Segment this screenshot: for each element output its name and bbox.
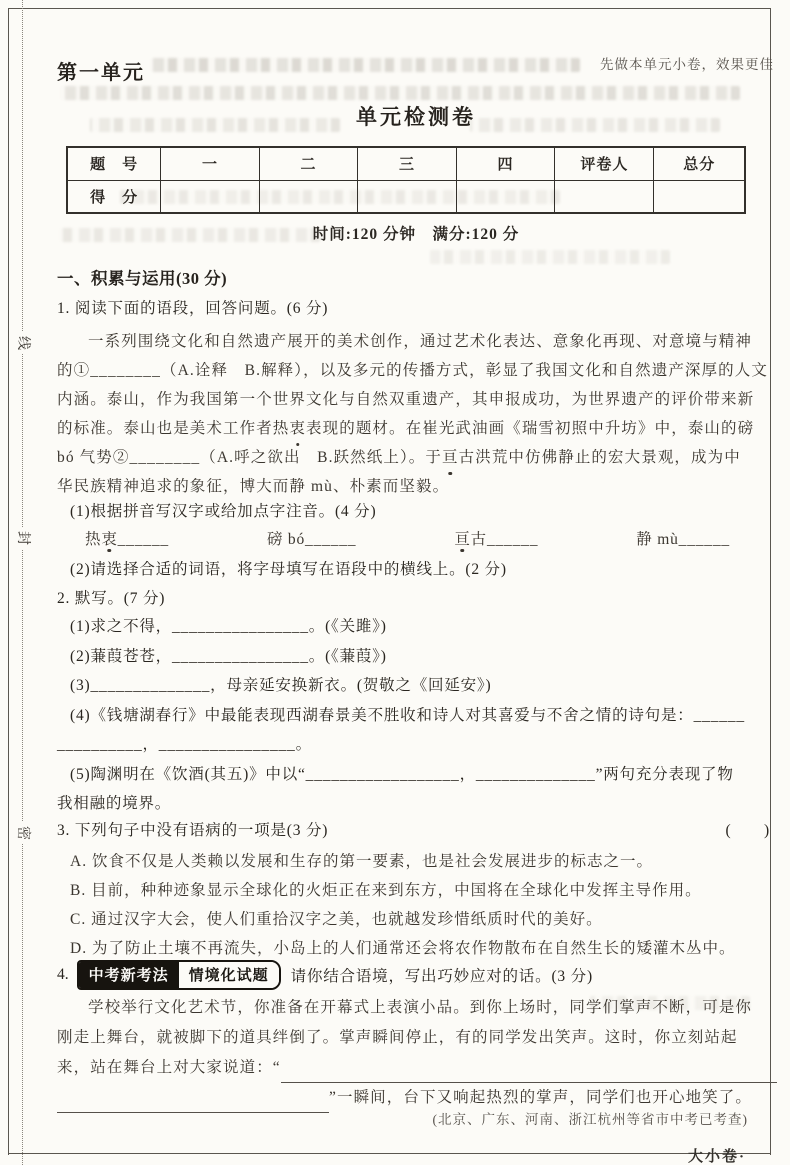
score-header-question: 题 号 xyxy=(67,147,161,180)
score-cell-empty xyxy=(654,180,745,213)
q3-answer-bracket: ( ) xyxy=(725,818,770,840)
pinyin-text: 热 xyxy=(85,531,101,548)
emphasized-char: 亘 xyxy=(454,527,470,549)
score-cell-empty xyxy=(358,180,457,213)
q2-dictation-block: (1)求之不得，________________。(《关雎》) (2)蒹葭苍苍，… xyxy=(57,612,777,819)
q3-options: A. 饮食不仅是人类赖以发展和生存的第一要素，也是社会发展进步的标志之一。 B.… xyxy=(70,847,780,963)
pinyin-item: 热衷______ xyxy=(85,527,169,549)
pinyin-text: 古 xyxy=(471,531,487,548)
q2-line: __________，________________。 xyxy=(57,730,777,760)
answer-blank-line xyxy=(57,1089,329,1113)
time-and-score-info: 时间:120 分钟 满分:120 分 xyxy=(57,222,775,244)
score-header-total: 总分 xyxy=(654,147,745,180)
passage-line: 华民族精神追求的象征，博大而静 mù、朴素而坚毅。 xyxy=(57,472,777,501)
score-cell-empty xyxy=(555,180,654,213)
page-border-left xyxy=(8,8,9,1155)
passage-text: bó 气势②________（A.呼之欲出 B.跃然纸上）。于 xyxy=(57,449,442,466)
seal-char-feng: 封 xyxy=(12,527,32,549)
passage-line: 的标准。泰山也是美术工作者热衷表现的题材。在崔光武油画《瑞雪初照中升坊》中，泰山… xyxy=(57,414,777,443)
emphasized-char: 亘 xyxy=(442,443,459,472)
q4-stem-row: 4. 中考新考法 情境化试题 请你结合语境，写出巧妙应对的话。(3 分) xyxy=(57,960,593,990)
score-cell-empty xyxy=(456,180,555,213)
passage-line: 的①________（A.诠释 B.解释），以及多元的传播方式，彰显了我国文化和… xyxy=(57,356,777,385)
q1-sub-question-1: (1)根据拼音写汉字或给加点字注音。(4 分) xyxy=(70,499,376,521)
passage-text: 古洪荒中仿佛静止的宏大景观，成为中 xyxy=(459,449,741,466)
score-header-3: 三 xyxy=(358,147,457,180)
pinyin-item: 磅 bó______ xyxy=(267,527,356,549)
q3-option-d: D. 为了防止土壤不再流失，小岛上的人们通常还会将农作物散布在自然生长的矮灌木丛… xyxy=(70,934,780,963)
q4-badge-group: 中考新考法 情境化试题 xyxy=(77,960,281,990)
q3-option-a: A. 饮食不仅是人类赖以发展和生存的第一要素，也是社会发展进步的标志之一。 xyxy=(70,847,780,876)
q2-line: (1)求之不得，________________。(《关雎》) xyxy=(57,612,777,642)
seal-char-mi: 密 xyxy=(12,822,32,844)
score-header-4: 四 xyxy=(456,147,555,180)
q4-line-with-blank: 来，站在舞台上对大家说道：“ xyxy=(57,1053,777,1083)
q3-option-b: B. 目前，种种迹象显示全球化的火炬正在来到东方，中国将在全球化中发挥主导作用。 xyxy=(70,876,780,905)
q2-stem: 2. 默写。(7 分) xyxy=(57,586,165,608)
page-border-top xyxy=(8,8,771,9)
score-table-score-row: 得 分 xyxy=(67,180,745,213)
bleedthrough-texture xyxy=(430,250,670,264)
exam-title: 单元检测卷 xyxy=(57,101,775,131)
unit-label: 第一单元 xyxy=(57,56,145,85)
q2-line: (3)______________，母亲延安换新衣。(贺敬之《回延安》) xyxy=(57,671,777,701)
page-border-bottom xyxy=(8,1153,771,1154)
passage-text: 华民族精神追求的象征，博大而静 mù、朴素而坚毅。 xyxy=(57,478,449,495)
answer-blank: ______ xyxy=(118,531,169,548)
q1-stem: 1. 阅读下面的语段，回答问题。(6 分) xyxy=(57,296,328,318)
q1-sub-question-2: (2)请选择合适的词语，将字母填写在语段中的横线上。(2 分) xyxy=(70,557,507,579)
answer-blank: ______ xyxy=(487,531,538,548)
page-border-right xyxy=(770,8,771,1155)
pinyin-item: 静 mù______ xyxy=(636,527,730,549)
bleedthrough-texture xyxy=(60,86,740,100)
passage-line: bó 气势②________（A.呼之欲出 B.跃然纸上）。于亘古洪荒中仿佛静止… xyxy=(57,443,777,472)
q2-line: (4)《钱塘湖春行》中最能表现西湖春景美不胜收和诗人对其喜爱与不舍之情的诗句是：… xyxy=(57,701,777,731)
score-header-2: 二 xyxy=(259,147,358,180)
q4-stem: 请你结合语境，写出巧妙应对的话。(3 分) xyxy=(291,964,593,986)
q1-pinyin-row: 热衷______ 磅 bó______ 亘古______ 静 mù______ xyxy=(85,527,730,549)
passage-text: 表现的题材。在崔光武油画《瑞雪初照中升坊》中，泰山的磅 xyxy=(306,420,754,437)
badge-situational-question: 情境化试题 xyxy=(179,962,279,988)
passage-text: 的标准。泰山也是美术工作者热 xyxy=(57,420,289,437)
score-row-label: 得 分 xyxy=(67,180,161,213)
pinyin-item: 亘古______ xyxy=(454,527,538,549)
passage-line: 内涵。泰山，作为我国第一个世界文化与自然双重遗产，其申报成功，为世界遗产的评价带… xyxy=(57,385,777,414)
answer-blank: ______ xyxy=(679,531,730,548)
exam-paper-page: 线 封 密 第一单元 先做本单元小卷，效果更佳 单元检测卷 题 号 一 二 三 … xyxy=(0,0,790,1165)
bleedthrough-texture xyxy=(150,58,580,72)
badge-exam-new-method: 中考新考法 xyxy=(79,962,179,988)
q4-line-text: 来，站在舞台上对大家说道：“ xyxy=(57,1053,281,1083)
exam-source-note: (北京、广东、河南、浙江杭州等省市中考已考查) xyxy=(433,1108,749,1128)
score-table-header-row: 题 号 一 二 三 四 评卷人 总分 xyxy=(67,147,745,180)
answer-blank-line xyxy=(281,1059,777,1083)
footer-booklet-mark: 大小卷· xyxy=(688,1145,746,1165)
score-header-grader: 评卷人 xyxy=(555,147,654,180)
passage-text: 内涵。泰山，作为我国第一个世界文化与自然双重遗产，其申报成功，为世界遗产的评价带… xyxy=(57,391,754,408)
emphasized-char: 衷 xyxy=(101,527,117,549)
q4-line: 学校举行文化艺术节，你准备在开幕式上表演小品。到你上场时，同学们掌声不断，可是你 xyxy=(57,993,777,1023)
passage-line: 一系列围绕文化和自然遗产展开的美术创作，通过艺术化表达、意象化再现、对意境与精神 xyxy=(57,327,777,356)
q4-scenario-paragraph: 学校举行文化艺术节，你准备在开幕式上表演小品。到你上场时，同学们掌声不断，可是你… xyxy=(57,993,777,1113)
pinyin-text: 静 mù xyxy=(636,531,678,548)
q2-line: (5)陶渊明在《饮酒(其五)》中以“__________________，___… xyxy=(57,760,777,790)
pinyin-text: 磅 bó xyxy=(267,531,305,548)
passage-text: 的①________（A.诠释 B.解释），以及多元的传播方式，彰显了我国文化和… xyxy=(57,362,768,379)
emphasized-char: 衷 xyxy=(289,414,306,443)
q3-stem-row: 3. 下列句子中没有语病的一项是(3 分) ( ) xyxy=(57,818,770,840)
answer-blank: ______ xyxy=(305,531,356,548)
passage-text: 一系列围绕文化和自然遗产展开的美术创作，通过艺术化表达、意象化再现、对意境与精神 xyxy=(88,333,752,350)
q2-line: 我相融的境界。 xyxy=(57,789,777,819)
score-header-1: 一 xyxy=(161,147,260,180)
score-cell-empty xyxy=(161,180,260,213)
section-heading: 一、积累与运用(30 分) xyxy=(57,265,227,289)
q1-passage: 一系列围绕文化和自然遗产展开的美术创作，通过艺术化表达、意象化再现、对意境与精神… xyxy=(57,327,777,501)
score-cell-empty xyxy=(259,180,358,213)
exam-hint-note: 先做本单元小卷，效果更佳 xyxy=(600,53,774,73)
q4-number: 4. xyxy=(57,966,69,984)
q4-line: 刚走上舞台，就被脚下的道具绊倒了。掌声瞬间停止，有的同学发出笑声。这时，你立刻站… xyxy=(57,1023,777,1053)
q3-stem: 3. 下列句子中没有语病的一项是(3 分) xyxy=(57,818,328,840)
seal-char-xian: 线 xyxy=(12,332,32,354)
seal-dotted-line xyxy=(22,0,23,1165)
q2-line: (2)蒹葭苍苍，________________。(《蒹葭》) xyxy=(57,642,777,672)
score-table: 题 号 一 二 三 四 评卷人 总分 得 分 xyxy=(66,146,746,214)
q3-option-c: C. 通过汉字大会，使人们重拾汉字之美，也就越发珍惜纸质时代的美好。 xyxy=(70,905,780,934)
